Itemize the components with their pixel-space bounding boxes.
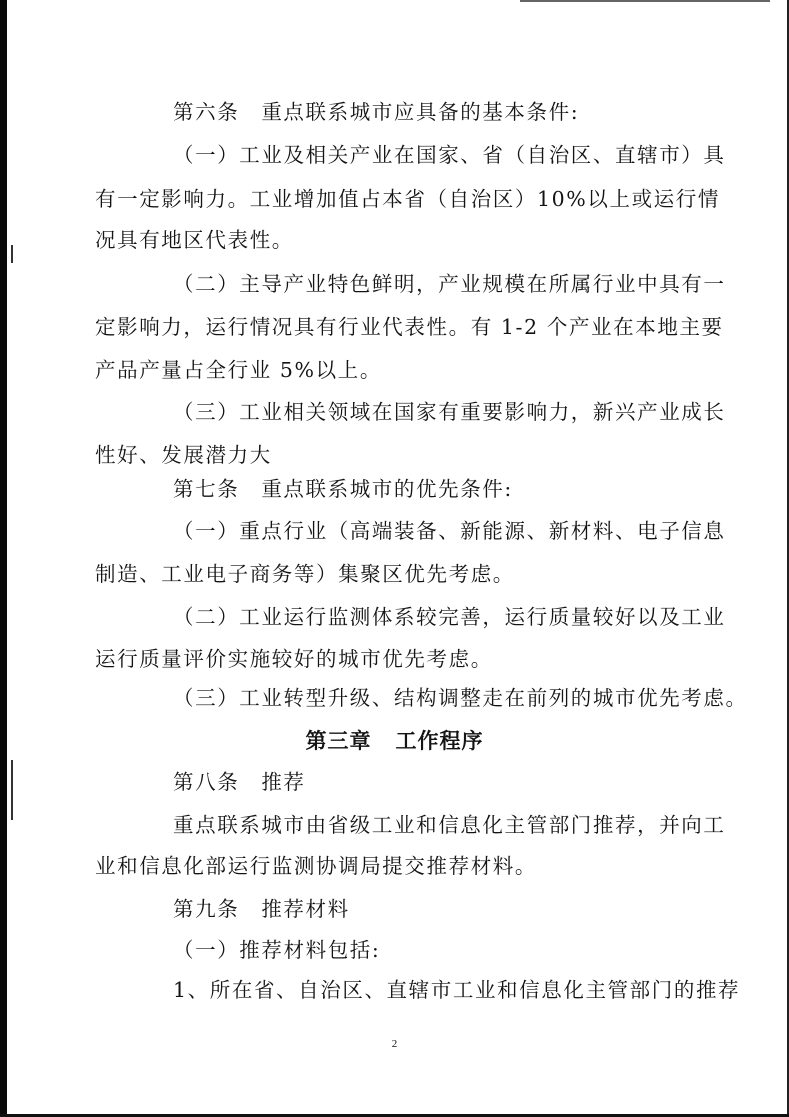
paragraph-line: 定影响力，运行情况具有行业代表性。有 1-2 个产业在本地主要 — [95, 313, 675, 341]
article-7-heading: 第七条重点联系城市的优先条件: — [173, 475, 753, 503]
chapter-title: 工作程序 — [396, 729, 484, 753]
article-title: 重点联系城市的优先条件: — [261, 477, 513, 501]
chapter-heading: 第三章工作程序 — [0, 727, 789, 755]
article-9-heading: 第九条推荐材料 — [173, 895, 753, 923]
article-number: 第八条 — [173, 768, 239, 796]
paragraph-line: 重点联系城市由省级工业和信息化主管部门推荐，并向工 — [173, 811, 753, 839]
paragraph-line: 业和信息化部运行监测协调局提交推荐材料。 — [95, 852, 675, 880]
paragraph-line: 况具有地区代表性。 — [95, 226, 675, 254]
article-number: 第九条 — [173, 895, 239, 923]
document-page: 第六条重点联系城市应具备的基本条件: （一）工业及相关产业在国家、省（自治区、直… — [0, 0, 789, 1117]
paragraph-line: 性好、发展潜力大 — [95, 441, 675, 469]
paragraph-line: 1、所在省、自治区、直辖市工业和信息化主管部门的推荐 — [173, 976, 753, 1004]
article-title: 推荐材料 — [261, 897, 349, 921]
paragraph-line: （一）推荐材料包括: — [173, 936, 753, 964]
paragraph-line: （三）工业相关领域在国家有重要影响力，新兴产业成长 — [173, 398, 753, 426]
paragraph-line: （三）工业转型升级、结构调整走在前列的城市优先考虑。 — [173, 684, 753, 712]
article-6-heading: 第六条重点联系城市应具备的基本条件: — [173, 98, 753, 126]
chapter-number: 第三章 — [306, 729, 372, 753]
article-number: 第七条 — [173, 475, 239, 503]
paragraph-line: 运行质量评价实施较好的城市优先考虑。 — [95, 645, 675, 673]
article-title: 推荐 — [261, 770, 305, 794]
page-number: 2 — [0, 1038, 789, 1050]
article-8-heading: 第八条推荐 — [173, 768, 753, 796]
paragraph-line: 产品产量占全行业 5%以上。 — [95, 356, 675, 384]
paragraph-line: （二）主导产业特色鲜明，产业规模在所属行业中具有一 — [173, 270, 753, 298]
article-number: 第六条 — [173, 98, 239, 126]
paragraph-line: （二）工业运行监测体系较完善，运行质量较好以及工业 — [173, 603, 753, 631]
paragraph-line: （一）重点行业（高端装备、新能源、新材料、电子信息 — [173, 517, 753, 545]
article-title: 重点联系城市应具备的基本条件: — [261, 100, 579, 124]
paragraph-line: 有一定影响力。工业增加值占本省（自治区）10%以上或运行情 — [95, 185, 675, 213]
paragraph-line: 制造、工业电子商务等）集聚区优先考虑。 — [95, 560, 675, 588]
paragraph-line: （一）工业及相关产业在国家、省（自治区、直辖市）具 — [173, 141, 753, 169]
